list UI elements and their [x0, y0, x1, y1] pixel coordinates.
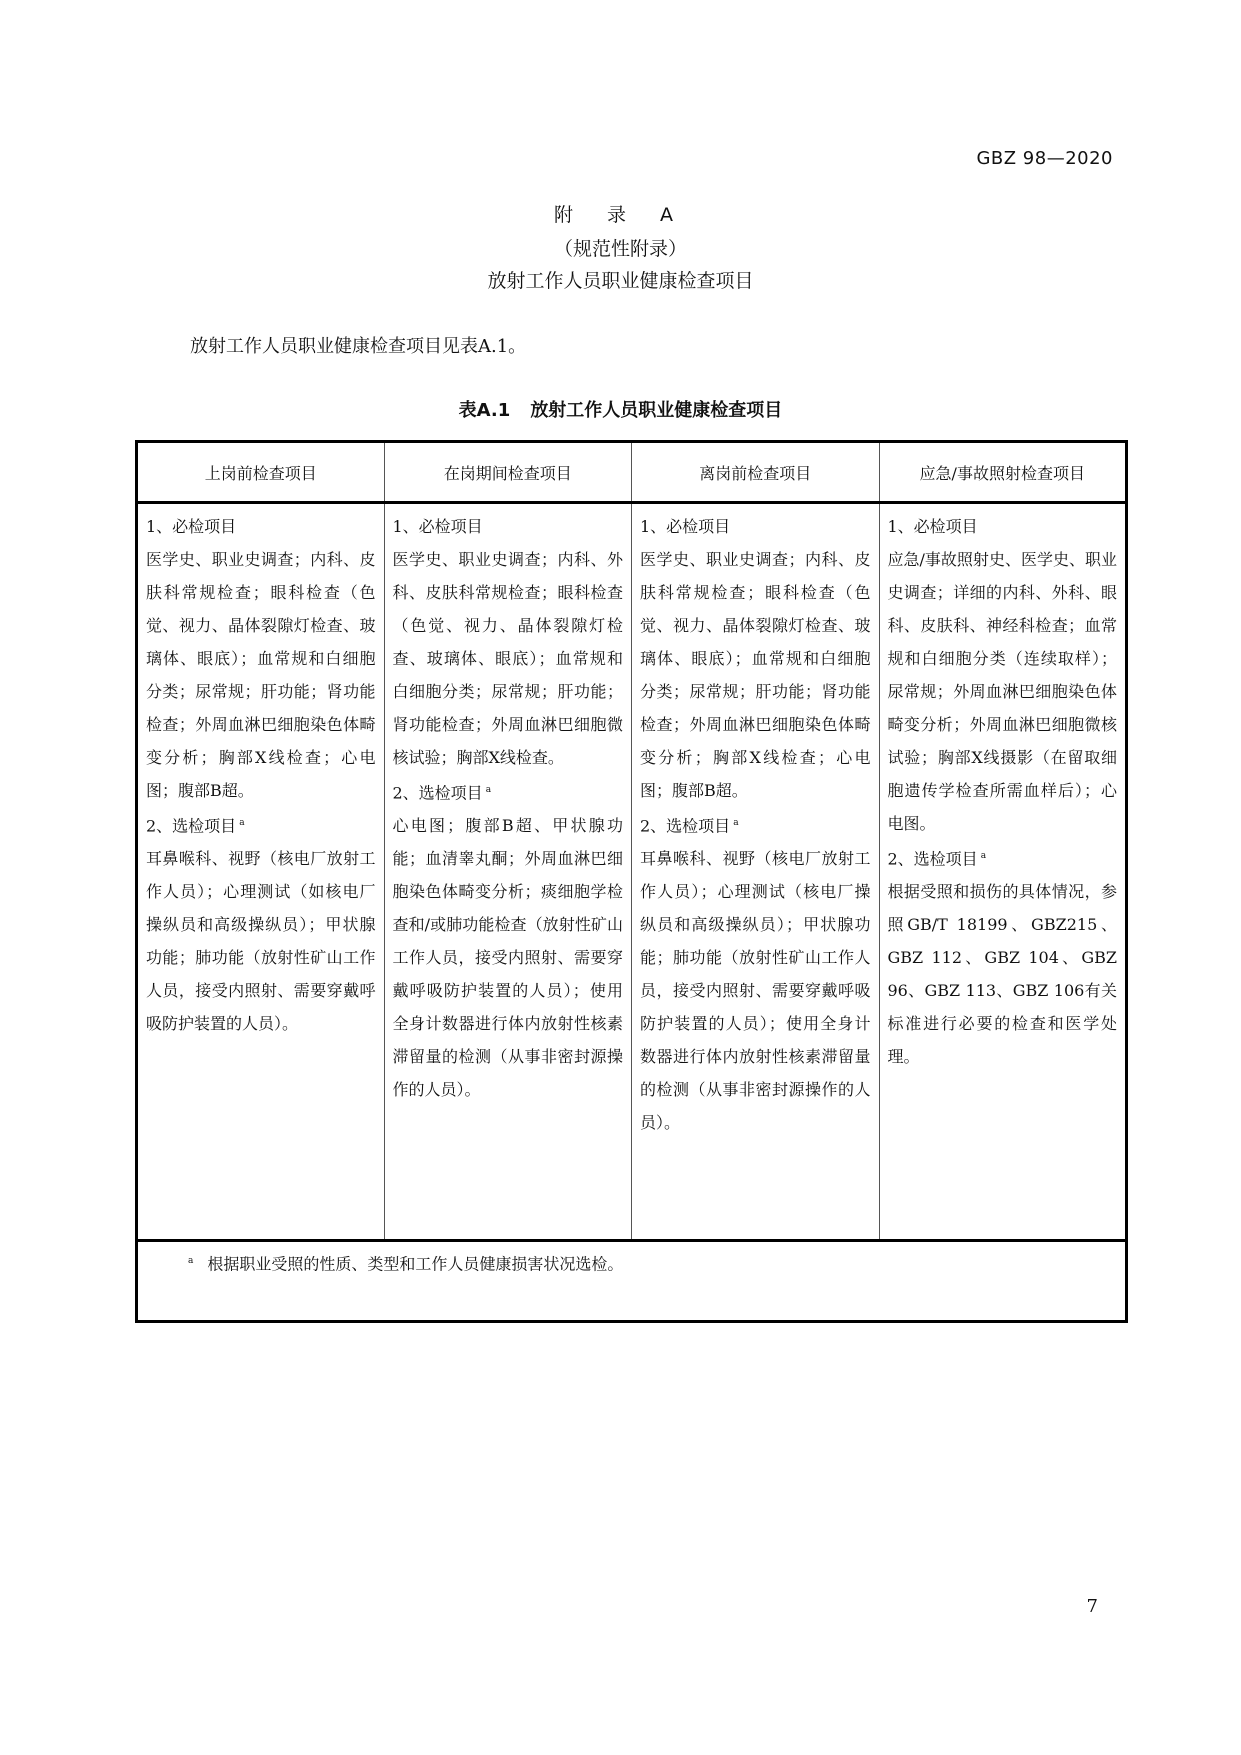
- header-emergency-exposure: 应急/事故照射检查项目: [879, 442, 1127, 503]
- footnote-marker: a: [188, 1256, 193, 1266]
- table-caption: 表A.1放射工作人员职业健康检查项目: [0, 396, 1241, 422]
- appendix-name: 放射工作人员职业健康检查项目: [0, 266, 1241, 293]
- standard-code: GBZ 98—2020: [976, 148, 1113, 169]
- required-label: 1、必检项目: [146, 510, 376, 543]
- footnote-marker: a: [981, 851, 986, 861]
- optional-text: 心电图；腹部B超、甲状腺功能；血清睾丸酮；外周血淋巴细胞染色体畸变分析；痰细胞学…: [393, 816, 624, 1099]
- header-pre-employment: 上岗前检查项目: [137, 442, 385, 503]
- required-text: 医学史、职业史调查；内科、皮肤科常规检查；眼科检查（色觉、视力、晶体裂隙灯检查、…: [640, 550, 871, 800]
- required-label: 1、必检项目: [393, 510, 624, 543]
- optional-label-line: 2、选检项目a: [640, 807, 871, 842]
- optional-label: 2、选检项目: [640, 816, 730, 835]
- optional-label-line: 2、选检项目a: [888, 840, 1118, 875]
- optional-label: 2、选检项目: [146, 816, 236, 835]
- intro-paragraph: 放射工作人员职业健康检查项目见表A.1。: [190, 332, 526, 358]
- appendix-subtitle: （规范性附录）: [0, 234, 1241, 261]
- optional-text: 耳鼻喉科、视野（核电厂放射工作人员）；心理测试（如核电厂操纵员和高级操纵员）；甲…: [146, 849, 376, 1033]
- footnote-marker: a: [733, 818, 738, 828]
- optional-label: 2、选检项目: [393, 783, 483, 802]
- table-header-row: 上岗前检查项目 在岗期间检查项目 离岗前检查项目 应急/事故照射检查项目: [137, 442, 1127, 503]
- cell-during-employment: 1、必检项目 医学史、职业史调查；内科、外科、皮肤科常规检查；眼科检查（色觉、视…: [384, 503, 632, 1241]
- optional-text: 耳鼻喉科、视野（核电厂放射工作人员）；心理测试（核电厂操纵员和高级操纵员）；甲状…: [640, 849, 871, 1132]
- optional-label-line: 2、选检项目a: [393, 774, 624, 809]
- table-footnote-row: a根据职业受照的性质、类型和工作人员健康损害状况选检。: [137, 1241, 1127, 1322]
- cell-pre-employment: 1、必检项目 医学史、职业史调查；内科、皮肤科常规检查；眼科检查（色觉、视力、晶…: [137, 503, 385, 1241]
- optional-label-line: 2、选检项目a: [146, 807, 376, 842]
- required-label: 1、必检项目: [888, 510, 1118, 543]
- footnote-text: 根据职业受照的性质、类型和工作人员健康损害状况选检。: [207, 1254, 623, 1273]
- table-caption-title: 放射工作人员职业健康检查项目: [530, 400, 782, 421]
- cell-pre-departure: 1、必检项目 医学史、职业史调查；内科、皮肤科常规检查；眼科检查（色觉、视力、晶…: [632, 503, 880, 1241]
- footnote-marker: a: [486, 785, 491, 795]
- cell-emergency-exposure: 1、必检项目 应急/事故照射史、医学史、职业史调查；详细的内科、外科、眼科、皮肤…: [879, 503, 1127, 1241]
- exam-items-table: 上岗前检查项目 在岗期间检查项目 离岗前检查项目 应急/事故照射检查项目 1、必…: [135, 440, 1128, 1323]
- required-text: 应急/事故照射史、医学史、职业史调查；详细的内科、外科、眼科、皮肤科、神经科检查…: [888, 550, 1118, 833]
- header-pre-departure: 离岗前检查项目: [632, 442, 880, 503]
- required-label: 1、必检项目: [640, 510, 871, 543]
- appendix-title: 附 录 A: [0, 200, 1241, 227]
- table-caption-number: 表A.1: [459, 400, 511, 421]
- table-footnote: a根据职业受照的性质、类型和工作人员健康损害状况选检。: [137, 1241, 1127, 1322]
- page-number: 7: [1087, 1596, 1098, 1617]
- table-row: 1、必检项目 医学史、职业史调查；内科、皮肤科常规检查；眼科检查（色觉、视力、晶…: [137, 503, 1127, 1241]
- required-text: 医学史、职业史调查；内科、皮肤科常规检查；眼科检查（色觉、视力、晶体裂隙灯检查、…: [146, 550, 376, 800]
- header-during-employment: 在岗期间检查项目: [384, 442, 632, 503]
- optional-label: 2、选检项目: [888, 849, 978, 868]
- required-text: 医学史、职业史调查；内科、外科、皮肤科常规检查；眼科检查（色觉、视力、晶体裂隙灯…: [393, 550, 624, 767]
- footnote-marker: a: [239, 818, 244, 828]
- optional-text: 根据受照和损伤的具体情况，参照GB/T 18199、GBZ215、GBZ 112…: [888, 882, 1118, 1066]
